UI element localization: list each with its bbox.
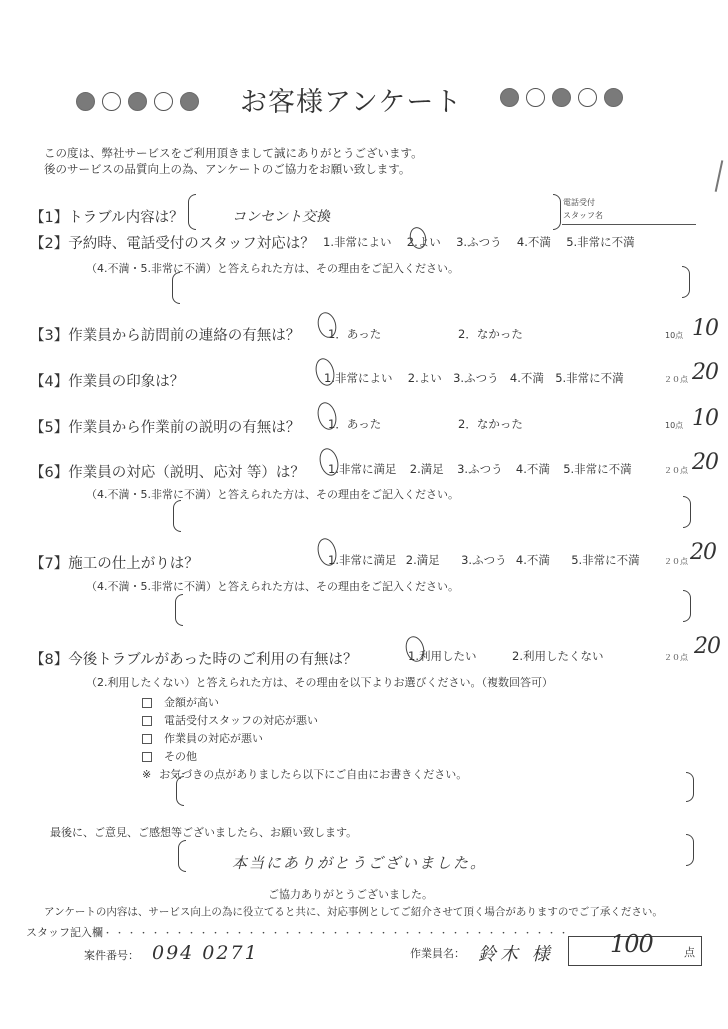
question-8-option-2[interactable]: 2.利用したくない bbox=[512, 648, 603, 664]
question-text: トラブル内容は？ bbox=[68, 210, 183, 226]
intro-line-1: この度は、弊社サービスをご利用頂きまして誠にありがとうございます。 bbox=[44, 145, 423, 161]
dot-icon bbox=[154, 92, 173, 111]
score-value: 20 bbox=[692, 450, 718, 475]
question-text: 予約時、電話受付のスタッフ対応は？ bbox=[68, 236, 315, 252]
dot-icon bbox=[180, 92, 199, 111]
question-3-option-2[interactable]: 2．なかった bbox=[458, 326, 523, 342]
question-4: 【4】作業員の印象は？ bbox=[30, 370, 184, 391]
total-score-value[interactable]: 100 bbox=[610, 930, 653, 958]
question-7: 【7】施工の仕上がりは？ bbox=[30, 552, 199, 573]
option-3[interactable]: 3.ふつう bbox=[456, 235, 501, 249]
reason-bracket-left bbox=[175, 594, 183, 626]
question-text: 作業員の対応（説明、応対 等）は？ bbox=[68, 465, 305, 481]
reason-prompt: （2.利用したくない）と答えられた方は、その理由を以下よりお選びください。（複数… bbox=[86, 674, 553, 690]
question-4-options: 1.非常によい 2.よい 3.ふつう 4.不満 5.非常に不満 bbox=[324, 370, 624, 386]
decorative-dots-left bbox=[76, 92, 199, 111]
points-label: ２０点 bbox=[664, 465, 688, 476]
page-title: お客様アンケート bbox=[240, 80, 462, 119]
question-number: 【3】 bbox=[30, 328, 68, 344]
reason-prompt: （4.不満・5.非常に不満）と答えられた方は、その理由をご記入ください。 bbox=[86, 578, 459, 594]
question-text: 作業員の印象は？ bbox=[68, 374, 184, 390]
option-3[interactable]: 3.ふつう bbox=[461, 553, 506, 567]
score-value: 20 bbox=[692, 360, 718, 385]
reason-input-q7[interactable] bbox=[185, 596, 685, 620]
final-bracket-right bbox=[686, 834, 694, 866]
staff-name-label: 電話受付 スタッフ名 bbox=[563, 196, 603, 222]
question-number: 【2】 bbox=[30, 236, 68, 252]
reason-bracket-right bbox=[682, 266, 690, 298]
option-2[interactable]: 2.満足 bbox=[406, 553, 440, 567]
option-4[interactable]: 4.不満 bbox=[516, 553, 550, 567]
question-6: 【6】作業員の対応（説明、応対 等）は？ bbox=[30, 461, 305, 482]
scan-mark bbox=[715, 160, 723, 192]
dot-icon bbox=[102, 92, 121, 111]
note-mark-icon: ※ bbox=[142, 768, 151, 781]
question-6-options: 1.非常に満足 2.満足 3.ふつう 4.不満 5.非常に不満 bbox=[328, 461, 632, 477]
question-2-options: 1.非常によい 2.よい 3.ふつう 4.不満 5.非常に不満 bbox=[323, 234, 635, 250]
question-number: 【7】 bbox=[30, 556, 68, 572]
staff-name-field[interactable] bbox=[562, 224, 696, 225]
decorative-dots-right bbox=[500, 88, 623, 107]
dot-icon bbox=[76, 92, 95, 111]
worker-name-label: 作業員名： bbox=[410, 945, 465, 961]
disclaimer-text: アンケートの内容は、サービス向上の為に役立てると共に、対応事例としてご紹介させて… bbox=[44, 904, 663, 919]
question-1: 【1】トラブル内容は？ bbox=[30, 206, 184, 227]
option-1[interactable]: 1.非常によい bbox=[323, 235, 391, 249]
option-1[interactable]: 1.非常に満足 bbox=[328, 553, 396, 567]
staff-label-line2: スタッフ名 bbox=[563, 209, 603, 222]
staff-section-label: スタッフ記入欄・・・・・・・・・・・・・・・・・・・・・・・・・・・・・・・・・… bbox=[26, 924, 571, 940]
checkbox-icon[interactable] bbox=[142, 698, 152, 708]
option-5[interactable]: 5.非常に不満 bbox=[563, 462, 631, 476]
question-number: 【8】 bbox=[30, 652, 68, 668]
question-5-option-2[interactable]: 2．なかった bbox=[458, 416, 523, 432]
points-label: ２０点 bbox=[664, 652, 688, 663]
option-5[interactable]: 5.非常に不満 bbox=[566, 235, 634, 249]
reason-bracket-right bbox=[683, 496, 691, 528]
checkbox-label: 作業員の対応が悪い bbox=[164, 732, 263, 745]
dot-icon bbox=[552, 88, 571, 107]
option-5[interactable]: 5.非常に不満 bbox=[555, 371, 623, 385]
staff-label-line1: 電話受付 bbox=[563, 196, 603, 209]
final-bracket-left bbox=[178, 840, 186, 872]
checkbox-label: 金額が高い bbox=[164, 696, 219, 709]
question-text: 作業員から作業前の説明の有無は？ bbox=[68, 420, 300, 436]
reason-bracket-left bbox=[173, 500, 181, 532]
total-score-unit: 点 bbox=[684, 944, 695, 960]
thanks-text: ご協力ありがとうございました。 bbox=[268, 886, 433, 902]
score-value: 10 bbox=[692, 406, 718, 431]
question-7-options: 1.非常に満足 2.満足 3.ふつう 4.不満 5.非常に不満 bbox=[328, 552, 640, 568]
free-bracket-right bbox=[686, 772, 694, 802]
score-value: 10 bbox=[692, 316, 718, 341]
dot-icon bbox=[526, 88, 545, 107]
dotted-divider: ・・・・・・・・・・・・・・・・・・・・・・・・・・・・・・・・・・・・・・・ bbox=[103, 929, 571, 939]
answer-bracket-left bbox=[188, 194, 196, 230]
staff-section-title: スタッフ記入欄 bbox=[26, 926, 103, 939]
question-5: 【5】作業員から作業前の説明の有無は？ bbox=[30, 416, 300, 437]
points-label: 10点 bbox=[665, 420, 683, 431]
reason-bracket-left bbox=[172, 272, 180, 304]
dot-icon bbox=[578, 88, 597, 107]
question-text: 施工の仕上がりは？ bbox=[68, 556, 199, 572]
final-comment-prompt: 最後に、ご意見、ご感想等ございましたら、お願い致します。 bbox=[50, 824, 357, 840]
question-2: 【2】予約時、電話受付のスタッフ対応は？ bbox=[30, 232, 315, 253]
option-2[interactable]: 2.満足 bbox=[410, 462, 444, 476]
points-label: ２０点 bbox=[664, 556, 688, 567]
checkbox-icon[interactable] bbox=[142, 716, 152, 726]
dot-icon bbox=[604, 88, 623, 107]
worker-name-value[interactable]: 鈴木 様 bbox=[478, 940, 554, 966]
question-text: 今後トラブルがあった時のご利用の有無は？ bbox=[68, 652, 357, 668]
intro-line-2: 後のサービスの品質向上の為、アンケートのご協力をお願い致します。 bbox=[44, 161, 423, 177]
free-comment-input-q8[interactable] bbox=[186, 778, 686, 802]
checkbox-icon[interactable] bbox=[142, 752, 152, 762]
option-2[interactable]: 2.よい bbox=[408, 371, 442, 385]
question-8: 【8】今後トラブルがあった時のご利用の有無は？ bbox=[30, 648, 358, 669]
case-number-label: 案件番号： bbox=[84, 947, 139, 963]
case-number-value[interactable]: 094 0271 bbox=[152, 942, 259, 964]
checkbox-label: 電話受付スタッフの対応が悪い bbox=[164, 714, 318, 727]
free-bracket-left bbox=[176, 776, 184, 806]
reason-bracket-right bbox=[683, 590, 691, 622]
question-text: 作業員から訪問前の連絡の有無は？ bbox=[68, 328, 300, 344]
reason-checkbox-list: 金額が高い 電話受付スタッフの対応が悪い 作業員の対応が悪い その他 ※お気づき… bbox=[142, 694, 467, 784]
option-4[interactable]: 4.不満 bbox=[516, 462, 550, 476]
intro-text: この度は、弊社サービスをご利用頂きまして誠にありがとうございます。 後のサービス… bbox=[44, 145, 423, 177]
checkbox-item[interactable]: 金額が高い bbox=[142, 694, 467, 712]
option-3[interactable]: 3.ふつう bbox=[453, 371, 498, 385]
checkbox-label: その他 bbox=[164, 750, 197, 763]
dot-icon bbox=[500, 88, 519, 107]
question-number: 【1】 bbox=[30, 210, 68, 226]
trouble-content-answer[interactable]: コンセント交換 bbox=[232, 206, 330, 226]
checkbox-item[interactable]: その他 bbox=[142, 748, 467, 766]
checkbox-icon[interactable] bbox=[142, 734, 152, 744]
answer-bracket-right bbox=[553, 194, 561, 230]
score-value: 20 bbox=[690, 540, 716, 565]
option-5[interactable]: 5.非常に不満 bbox=[571, 553, 639, 567]
reason-input-q6[interactable] bbox=[183, 502, 683, 526]
reason-prompt: （4.不満・5.非常に不満）と答えられた方は、その理由をご記入ください。 bbox=[86, 486, 459, 502]
question-number: 【5】 bbox=[30, 420, 68, 436]
question-number: 【6】 bbox=[30, 465, 68, 481]
score-value: 20 bbox=[694, 634, 720, 659]
checkbox-item[interactable]: 電話受付スタッフの対応が悪い bbox=[142, 712, 467, 730]
points-label: ２０点 bbox=[664, 374, 688, 385]
option-3[interactable]: 3.ふつう bbox=[457, 462, 502, 476]
points-label: 10点 bbox=[665, 330, 683, 341]
dot-icon bbox=[128, 92, 147, 111]
option-4[interactable]: 4.不満 bbox=[510, 371, 544, 385]
checkbox-item[interactable]: 作業員の対応が悪い bbox=[142, 730, 467, 748]
final-comment-input[interactable]: 本当にありがとうございました。 bbox=[232, 852, 487, 873]
question-3: 【3】作業員から訪問前の連絡の有無は？ bbox=[30, 324, 300, 345]
reason-prompt: （4.不満・5.非常に不満）と答えられた方は、その理由をご記入ください。 bbox=[86, 260, 459, 276]
question-number: 【4】 bbox=[30, 374, 68, 390]
option-4[interactable]: 4.不満 bbox=[517, 235, 551, 249]
reason-input-q2[interactable] bbox=[182, 276, 682, 300]
